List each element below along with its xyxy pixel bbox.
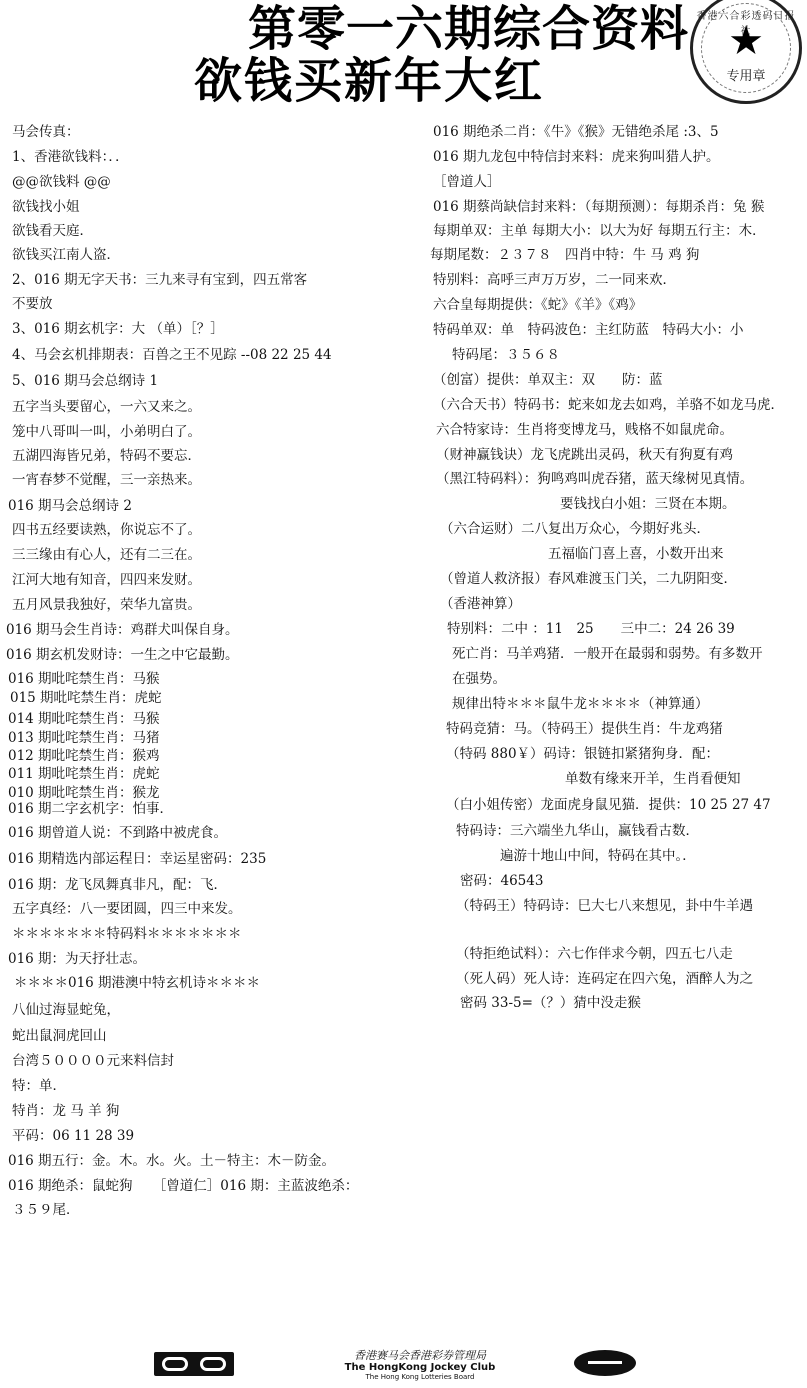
text-line: 单数有缘来开羊，生肖看便知: [565, 770, 741, 788]
text-line: 死亡肖：马羊鸡猪．一般开在最弱和弱势。有多数开: [452, 645, 763, 663]
text-line: 每期单双：主单 每期大小：以大为好 每期五行主：木．: [433, 222, 766, 240]
text-line: 规律出特＊＊＊鼠牛龙＊＊＊＊（神算通）: [452, 695, 709, 713]
text-line: 2、016 期无字天书：三九来寻有宝到，四五常客: [12, 271, 307, 289]
text-line: 016 期五行：金。木。水。火。土－特主：木－防金。: [8, 1152, 335, 1170]
text-line: （香港神算）: [440, 595, 521, 613]
text-line: （特码王）特码诗：巳大七八来想见，卦中牛羊遇: [456, 897, 753, 915]
text-line: 不要放: [12, 295, 53, 313]
text-line: 要钱找白小姐：三贤在本期。: [560, 495, 736, 513]
text-line: 特肖：龙 马 羊 狗: [12, 1102, 119, 1120]
page-subtitle: 欲钱买新年大红: [194, 54, 544, 108]
text-line: 015 期吡咤禁生肖：虎蛇: [10, 689, 162, 707]
text-line: 五字当头要留心，一六又来之。: [12, 398, 201, 416]
text-line: 016 期马会生肖诗：鸡群犬叫保自身。: [6, 621, 239, 639]
org-name-en: The HongKong Jockey Club: [290, 1362, 550, 1373]
text-line: 016 期吡咤禁生肖：马猴: [8, 670, 160, 688]
text-line: 5、016 期马会总纲诗 1: [12, 372, 158, 390]
text-line: 016 期马会总纲诗 2: [8, 497, 132, 515]
text-line: 016 期九龙包中特信封来料：虎来狗叫猎人护。: [433, 148, 720, 166]
text-line: 三三缘由有心人，还有二三在。: [12, 546, 201, 564]
text-line: 六合皇每期提供：《蛇》《羊》《鸡》: [433, 296, 642, 314]
text-line: 013 期吡咤禁生肖：马猪: [8, 729, 160, 747]
page-title: 第零一六期综合资料: [248, 2, 689, 56]
text-line: 五湖四海皆兄弟，特码不要忘．: [12, 447, 201, 465]
text-line: （特拒绝试料）：六七作伴求今朝，四五七八走: [456, 945, 733, 963]
text-line: 特码单双：单 特码波色：主红防蓝 特码大小：小: [433, 321, 744, 339]
text-line: 在强势。: [452, 670, 506, 688]
text-line: 五月风景我独好，荣华九富贵。: [12, 596, 201, 614]
footer-org: 香港赛马会香港彩券管理局 The HongKong Jockey Club Th…: [290, 1350, 550, 1381]
text-line: （白小姐传密）龙面虎身鼠见猫．提供：10 25 27 47: [446, 796, 771, 814]
text-line: 1、香港欲钱料：．．: [12, 148, 129, 166]
text-line: 3、016 期玄机字：大 （单）［？］: [12, 320, 224, 338]
text-line: ＊＊＊＊016 期港澳中特玄机诗＊＊＊＊: [14, 974, 260, 992]
text-line: 016 期绝杀：鼠蛇狗 ［曾道仁］016 期：主蓝波绝杀：: [8, 1177, 358, 1195]
official-seal: 香港六合彩透码日报社 ★ 专用章: [690, 0, 802, 104]
text-line: （六合运财）二八复出万众心，今期好兆头．: [440, 520, 710, 538]
text-line: ＊＊＊＊＊＊＊特码料＊＊＊＊＊＊＊: [12, 925, 242, 943]
text-line: 每期尾数：２３７８ 四肖中特：牛 马 鸡 狗: [430, 246, 699, 264]
text-line: 特别料：高呼三声万万岁，二一同来欢．: [433, 271, 676, 289]
text-line: 特码诗：三六端坐九华山，赢钱看古数．: [456, 822, 699, 840]
org-name-en-sub: The Hong Kong Lotteries Board: [290, 1373, 550, 1381]
seal-label: 专用章: [693, 65, 799, 84]
text-line: 特别料：二中 ：11 25 三中二：24 26 39: [447, 620, 735, 638]
text-line: 笼中八哥叫一叫，小弟明白了。: [12, 423, 201, 441]
text-line: 016 期玄机发财诗：一生之中它最勤。: [6, 646, 239, 664]
text-line: 特：单．: [12, 1077, 66, 1095]
star-icon: ★: [693, 21, 799, 61]
text-line: 一宵春梦不觉醒，三一亲热来。: [12, 471, 201, 489]
text-line: 蛇出鼠洞虎回山: [12, 1027, 107, 1045]
text-line: 016 期绝杀二肖：《牛》《猴》无错绝杀尾 :3、5: [433, 123, 719, 141]
text-line: （六合天书）特码书：蛇来如龙去如鸡，羊骆不如龙马虎．: [433, 396, 784, 414]
text-line: 欲钱买江南人盗．: [12, 246, 120, 264]
text-line: 江河大地有知音，四四来发财。: [12, 571, 201, 589]
text-line: 台湾５００００元来料信封: [12, 1052, 174, 1070]
text-line: 特码尾：３５６８: [452, 346, 560, 364]
text-line: 四书五经要读熟，你说忘不了。: [12, 521, 201, 539]
text-line: 马会传真：: [12, 123, 80, 141]
text-line: 平码：06 11 28 39: [12, 1127, 134, 1145]
text-line: 欲钱找小姐: [12, 198, 80, 216]
text-line: 八仙过海显蛇兔，: [12, 1001, 120, 1019]
text-line: 4、马会玄机排期表：百兽之王不见踪 --08 22 25 44: [12, 346, 332, 364]
text-line: 012 期吡咤禁生肖：猴鸡: [8, 747, 160, 765]
text-line: ［曾道人］: [433, 173, 501, 191]
text-line: 016 期：龙飞凤舞真非凡，配：飞．: [8, 876, 227, 894]
hkjc-emblem-icon: [154, 1352, 234, 1376]
text-line: 016 期：为天抒壮志。: [8, 950, 146, 968]
text-line: （黑江特码料）：狗鸣鸡叫虎吞猪，蓝天缘树见真情。: [436, 470, 753, 488]
text-line: 欲钱看天庭．: [12, 222, 93, 240]
text-line: 016 期蔡尚缺信封来料：（每期预测）：每期杀肖：兔 猴: [433, 198, 764, 216]
text-line: 五字真经：八一要团圆，四三中来发。: [12, 900, 242, 918]
text-line: 密码 33-5=（？）猜中没走猴: [460, 994, 641, 1012]
text-line: 016 期曾道人说：不到路中被虎食。: [8, 824, 227, 842]
text-line: 特码竞猜：马。（特码王）提供生肖：牛龙鸡猪: [446, 720, 723, 738]
text-line: @@欲钱料 @@: [12, 173, 111, 191]
lotteries-board-emblem-icon: [574, 1350, 636, 1376]
text-line: （财神赢钱诀）龙飞虎跳出灵码，秋天有狗夏有鸡: [436, 446, 733, 464]
text-line: 014 期吡咤禁生肖：马猴: [8, 710, 160, 728]
text-line: 011 期吡咤禁生肖：虎蛇: [8, 765, 160, 783]
text-line: 遍游十地山中间，特码在其中。．: [500, 847, 696, 865]
text-line: 密码：46543: [460, 872, 543, 890]
text-line: 五福临门喜上喜，小数开出来: [548, 545, 724, 563]
text-line: 016 期精选内部运程日：幸运星密码：235: [8, 850, 266, 868]
text-line: 016 期二字玄机字：怕事．: [8, 800, 173, 818]
text-line: 六合特家诗：生肖将变博龙马，贱格不如鼠虎命。: [436, 421, 733, 439]
org-name-cn: 香港赛马会香港彩券管理局: [290, 1350, 550, 1362]
text-line: （特码 880￥）码诗：银链扣紧猪狗身．配：: [446, 745, 719, 763]
text-line: （创富）提供：单双主：双 防：蓝: [433, 371, 663, 389]
text-line: （死人码）死人诗：连码定在四六兔，酒醉人为之: [456, 970, 753, 988]
text-line: ３５９尾．: [12, 1201, 80, 1219]
text-line: （曾道人救济报）春风难渡玉门关，二九阴阳变．: [440, 570, 737, 588]
